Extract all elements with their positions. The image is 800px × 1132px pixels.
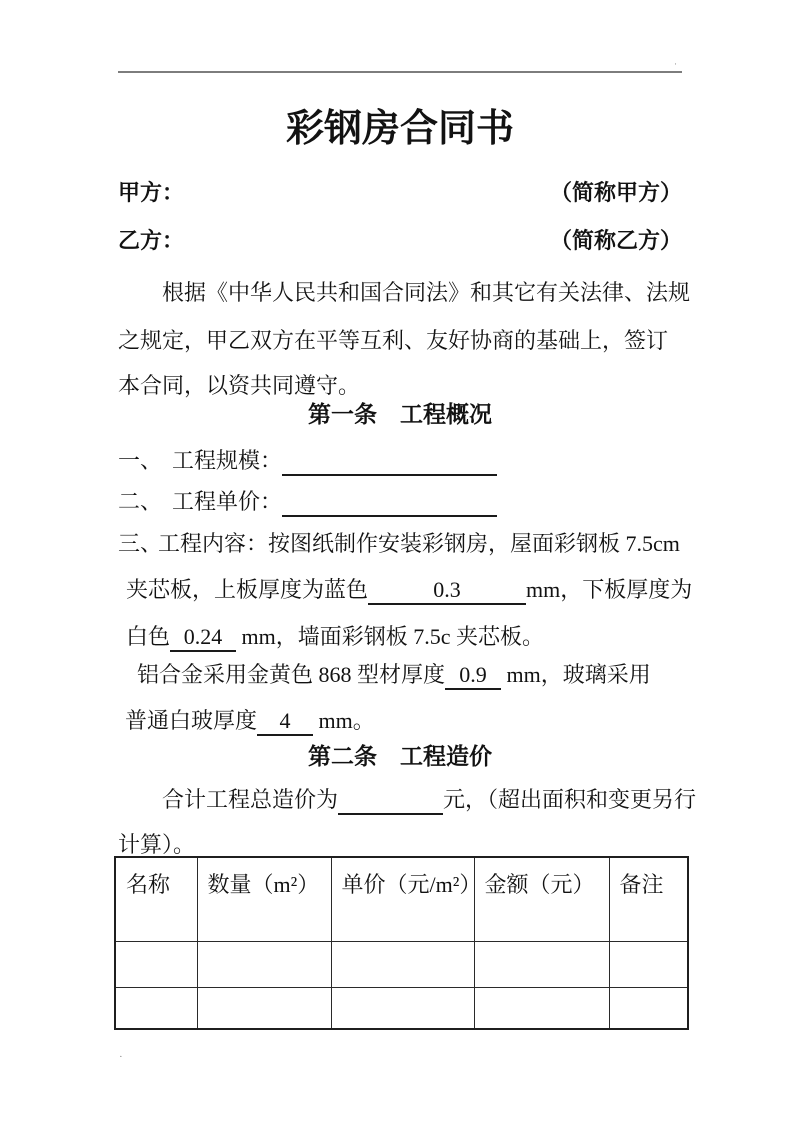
table-cell xyxy=(331,987,474,1029)
price-table-row-2 xyxy=(115,987,688,1029)
document-title: 彩钢房合同书 xyxy=(118,104,682,154)
party-a-short: （简称甲方） xyxy=(550,178,682,208)
alum-line1-pre: 铝合金采用金黄色 868 型材厚度 xyxy=(137,662,445,687)
item2-label: 工程单价： xyxy=(172,489,282,514)
header-remarks: 备注 xyxy=(609,857,688,941)
cost-line-1: 合计工程总造价为元，（超出面积和变更另行 xyxy=(162,785,682,815)
header-unit-price: 单价（元/m²） xyxy=(331,857,474,941)
item3-line3-pre: 白色 xyxy=(126,624,170,649)
table-cell xyxy=(609,941,688,987)
item1-label: 工程规模： xyxy=(172,448,282,473)
party-a-row: 甲方： （简称甲方） xyxy=(118,178,682,208)
header-quantity: 数量（m²） xyxy=(197,857,331,941)
table-cell xyxy=(609,987,688,1029)
item3-line3-post: mm，墙面彩钢板 7.5c 夹芯板。 xyxy=(236,624,544,649)
cost-post: 元，（超出面积和变更另行 xyxy=(443,787,696,812)
party-a-label: 甲方： xyxy=(118,178,184,208)
party-b-label: 乙方： xyxy=(118,226,184,256)
table-cell xyxy=(197,987,331,1029)
table-cell xyxy=(115,941,197,987)
preamble-line-3: 本合同，以资共同遵守。 xyxy=(118,371,682,401)
item3-line2-pre: 夹芯板，上板厚度为蓝色 xyxy=(126,577,368,602)
table-cell xyxy=(115,987,197,1029)
top-divider xyxy=(118,71,682,73)
header-name: 名称 xyxy=(115,857,197,941)
aluminum-line-2: 普通白玻厚度4 mm。 xyxy=(125,706,689,736)
aluminum-line-1: 铝合金采用金黄色 868 型材厚度0.9 mm，玻璃采用 xyxy=(137,660,701,690)
table-cell xyxy=(197,941,331,987)
blank-project-unit-price xyxy=(282,489,497,517)
blank-top-panel-thickness: 0.3 xyxy=(368,577,526,605)
item-project-content-line-2: 夹芯板，上板厚度为蓝色0.3mm，下板厚度为 xyxy=(126,575,690,605)
table-cell xyxy=(331,941,474,987)
item1-number: 一、 xyxy=(118,446,172,476)
scan-artifact-bottom-left: · xyxy=(119,1053,123,1062)
price-table-row-1 xyxy=(115,941,688,987)
scan-artifact-top-right: · xyxy=(674,60,677,69)
item3-line2-post: mm，下板厚度为 xyxy=(526,577,692,602)
blank-project-scale xyxy=(282,448,497,476)
item-project-scale: 一、工程规模： xyxy=(118,446,682,476)
alum-line2-pre: 普通白玻厚度 xyxy=(125,708,257,733)
party-b-row: 乙方： （简称乙方） xyxy=(118,226,682,256)
preamble-line-2: 之规定，甲乙双方在平等互利、友好协商的基础上，签订 xyxy=(118,326,682,356)
cost-pre: 合计工程总造价为 xyxy=(162,787,338,812)
blank-glass-thickness: 4 xyxy=(257,708,313,736)
price-table: 名称 数量（m²） 单价（元/m²） 金额（元） 备注 xyxy=(114,856,689,1030)
item-project-content-line-3: 白色0.24 mm，墙面彩钢板 7.5c 夹芯板。 xyxy=(126,622,690,652)
blank-profile-thickness: 0.9 xyxy=(445,662,501,690)
header-amount: 金额（元） xyxy=(474,857,609,941)
alum-line1-post: mm，玻璃采用 xyxy=(501,662,651,687)
item2-number: 二、 xyxy=(118,487,172,517)
party-b-short: （简称乙方） xyxy=(550,226,682,256)
section2-heading: 第二条 工程造价 xyxy=(118,742,682,772)
blank-total-cost xyxy=(338,787,443,815)
section1-heading: 第一条 工程概况 xyxy=(118,400,682,430)
document-page: · 彩钢房合同书 甲方： （简称甲方） 乙方： （简称乙方） 根据《中华人民共和… xyxy=(0,0,800,1132)
table-cell xyxy=(474,941,609,987)
preamble-line-1: 根据《中华人民共和国合同法》和其它有关法律、法规 xyxy=(162,278,682,308)
item-project-unit-price: 二、工程单价： xyxy=(118,487,682,517)
blank-bottom-panel-thickness: 0.24 xyxy=(170,624,236,652)
item-project-content-line-1: 三、工程内容：按图纸制作安装彩钢房，屋面彩钢板 7.5cm xyxy=(118,529,682,559)
alum-line2-post: mm。 xyxy=(313,708,375,733)
item3-line1-text: 工程内容：按图纸制作安装彩钢房，屋面彩钢板 7.5cm xyxy=(158,531,680,556)
price-table-header-row: 名称 数量（m²） 单价（元/m²） 金额（元） 备注 xyxy=(115,857,688,941)
item3-number: 三、 xyxy=(118,529,158,559)
table-cell xyxy=(474,987,609,1029)
